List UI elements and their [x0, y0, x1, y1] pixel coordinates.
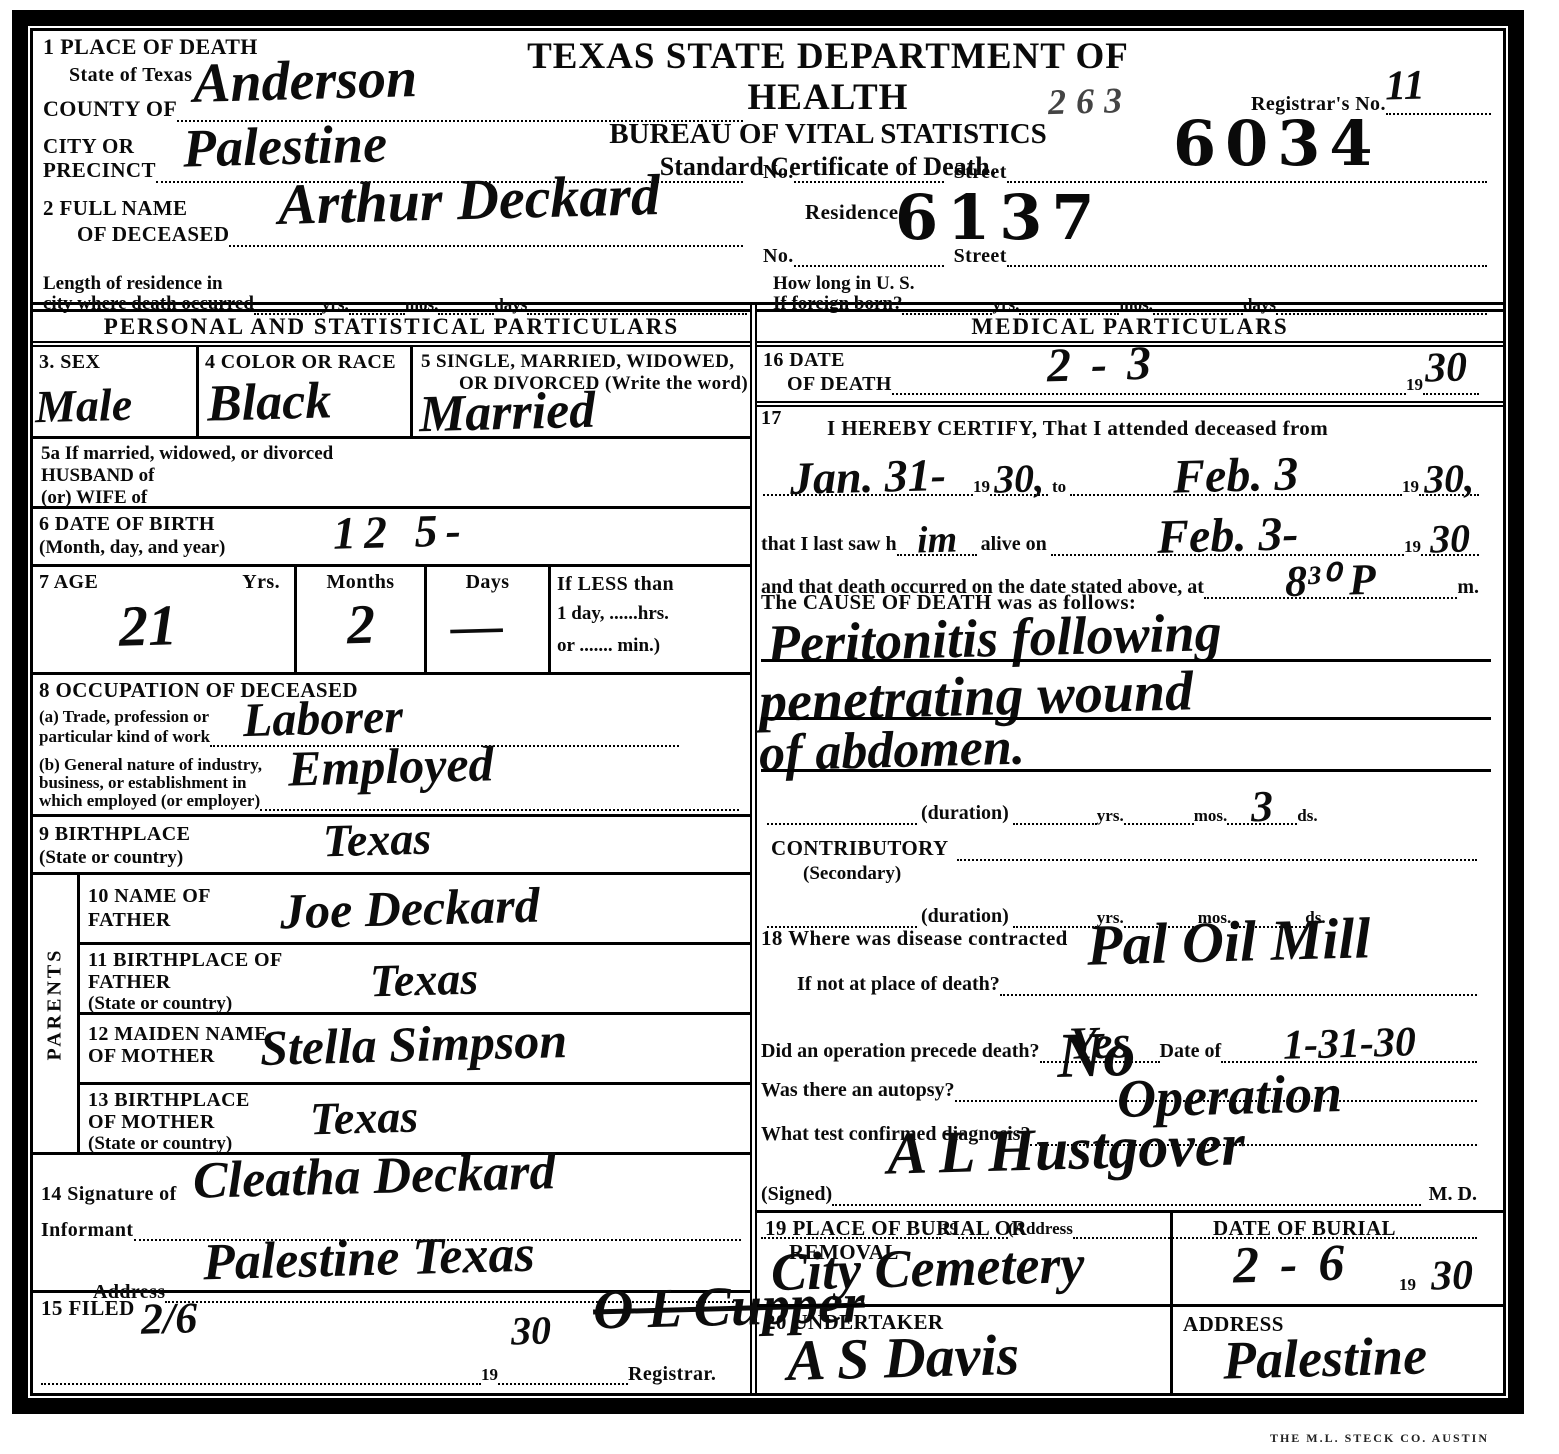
length-residence-label-1: Length of residence in [43, 273, 223, 295]
father-bp-label-1: 11 BIRTHPLACE OF [88, 949, 283, 971]
burial-place-cell: 19 PLACE OF BURIAL OR REMOVAL City Cemet… [757, 1213, 1173, 1304]
to-year-slot: 30, [1419, 463, 1479, 496]
occupation-a-label-1: (a) Trade, profession or [39, 707, 209, 727]
fullname-label-1: 2 FULL NAME [43, 197, 187, 221]
occurred-time-value: 8³⁰ P [1285, 562, 1377, 600]
last-saw-line: that I last saw h im alive on Feb. 3- 19… [761, 517, 1479, 556]
occurred-time-slot: 8³⁰ P [1204, 563, 1457, 599]
father-value: Joe Deckard [279, 880, 540, 937]
father-birthplace-row: 11 BIRTHPLACE OF FATHER (State or countr… [80, 945, 750, 1015]
days-label: Days [427, 571, 548, 593]
dod-year-value: 30 [1424, 346, 1467, 389]
to-year-prefix: 19 [1402, 477, 1419, 497]
fullname-label-2: OF DECEASED [77, 223, 229, 247]
attended-dates-line: Jan. 31- 19 30, to Feb. 3 19 [763, 457, 1479, 496]
mother-name-row: 12 MAIDEN NAME OF MOTHER Stella Simpson [80, 1015, 750, 1085]
informant-address-value: Palestine Texas [202, 1229, 535, 1290]
city-label-2: PRECINCT [43, 159, 156, 183]
sex-race-marital-row: 3. SEX Male 4 COLOR OR RACE Black 5 SING… [33, 347, 750, 439]
father-bp-value: Texas [369, 956, 478, 1005]
to-year-value: 30, [1424, 463, 1475, 496]
age-years-cell: 7 AGE Yrs. 21 [33, 567, 297, 672]
registrar-no-value: 11 [1384, 64, 1425, 107]
operation-date-value: 1-31-30 [1282, 1026, 1416, 1063]
dob-value: 12 5- [332, 507, 469, 557]
less-label-2: 1 day, ......hrs. [557, 603, 744, 625]
saw-year-slot: 30 [1421, 523, 1479, 556]
informant-label-1: 14 Signature of [41, 1183, 177, 1205]
filed-label: 15 FILED [41, 1297, 135, 1321]
occupation-a-label-2: particular kind of work [39, 727, 210, 747]
parents-rows: 10 NAME OF FATHER Joe Deckard 11 BIRTHPL… [77, 875, 750, 1152]
title-line-2: BUREAU OF VITAL STATISTICS [463, 118, 1193, 151]
age-days-value: — [450, 600, 503, 653]
from-year-value: 30, [994, 463, 1045, 496]
fullname-line [229, 241, 743, 247]
marital-value: Married [418, 385, 596, 442]
secondary-label: (Secondary) [803, 863, 901, 885]
age-yrs-label: Yrs. [242, 571, 280, 593]
contributory-line: CONTRIBUTORY [771, 837, 1477, 861]
occupation-row: 8 OCCUPATION OF DECEASED (a) Trade, prof… [33, 675, 750, 817]
where-contracted-label-2: If not at place of death? [797, 973, 1000, 996]
certification-block: 17 I HEREBY CERTIFY, That I attended dec… [757, 407, 1503, 1213]
county-label: COUNTY OF [43, 97, 177, 122]
filed-dots-1 [41, 1379, 481, 1385]
signed-line: (Signed) M. D. [761, 1183, 1477, 1206]
header-section: 1 PLACE OF DEATH State of Texas COUNTY O… [33, 31, 1503, 305]
age-less-cell: If LESS than 1 day, ......hrs. or ......… [551, 567, 750, 672]
state-label: State of Texas [69, 64, 192, 86]
parents-block: PARENTS 10 NAME OF FATHER Joe Deckard 11… [33, 875, 750, 1155]
informant-value: Cleatha Deckard [192, 1146, 556, 1207]
signed-label: (Signed) [761, 1183, 832, 1206]
father-label-1: 10 NAME OF [88, 885, 211, 907]
mother-birthplace-row: 13 BIRTHPLACE OF MOTHER (State or countr… [80, 1085, 750, 1152]
city-value: Palestine [182, 116, 387, 175]
cause-dur-yrs: yrs. [1097, 806, 1124, 826]
cause-duration-label: (duration) [921, 802, 1009, 825]
race-cell: 4 COLOR OR RACE Black [199, 347, 413, 436]
autopsy-label: Was there an autopsy? [761, 1079, 955, 1102]
race-value: Black [206, 375, 332, 430]
contributory-label: CONTRIBUTORY [771, 837, 949, 861]
dod-line [892, 389, 1406, 395]
sex-cell: 3. SEX Male [33, 347, 199, 436]
age-years-value: 21 [118, 596, 177, 655]
residence-number-stamp: 6137 [895, 187, 1104, 249]
where-contracted-line [1000, 990, 1477, 996]
filed-dots-2 [498, 1379, 628, 1385]
undertaker-value: A S Davis [786, 1326, 1020, 1390]
certificate-frame: 1 PLACE OF DEATH State of Texas COUNTY O… [12, 10, 1524, 1414]
dod-year-prefix: 19 [1406, 375, 1423, 395]
fullname-value: Arthur Deckard [277, 166, 660, 234]
age-row: 7 AGE Yrs. 21 Months 2 Days — If LESS th… [33, 567, 750, 675]
father-name-row: 10 NAME OF FATHER Joe Deckard [80, 875, 750, 945]
less-label-1: If LESS than [557, 573, 744, 595]
father-bp-label-2: FATHER [88, 971, 171, 993]
no-label-1: No. [763, 161, 794, 183]
personal-column: PERSONAL AND STATISTICAL PARTICULARS 3. … [33, 305, 757, 1393]
certify-text: I HEREBY CERTIFY, That I attended deceas… [827, 417, 1328, 441]
mother-bp-value: Texas [309, 1094, 418, 1143]
howlong-label-1: How long in U. S. [773, 273, 914, 295]
race-label: 4 COLOR OR RACE [205, 351, 396, 373]
mother-label-2: OF MOTHER [88, 1045, 215, 1067]
parents-label: PARENTS [44, 961, 67, 1061]
death-certificate-scan: 1 PLACE OF DEATH State of Texas COUNTY O… [0, 0, 1559, 1454]
undertaker-address-value: Palestine [1222, 1328, 1427, 1387]
cause-duration-line: (duration) yrs. mos. 3 ds. [767, 789, 1477, 825]
filed-registrar-label: Registrar. [628, 1363, 716, 1385]
age-days-cell: Days — [427, 567, 551, 672]
from-year-prefix: 19 [973, 477, 990, 497]
parents-strip: PARENTS [33, 875, 77, 1152]
age-label: 7 AGE [39, 571, 98, 593]
burial-date-cell: DATE OF BURIAL 2 - 6 19 30 [1173, 1213, 1503, 1304]
occupation-a-value: Laborer [242, 693, 403, 745]
dod-label-2: OF DEATH [787, 373, 892, 395]
informant-row: 14 Signature of Informant Cleatha Deckar… [33, 1155, 750, 1293]
age-months-cell: Months 2 [297, 567, 427, 672]
certificate-number-stamp: 6034 [1173, 113, 1382, 175]
filed-year-prefix: 19 [481, 1365, 498, 1385]
stray-scribble: 263 [1048, 82, 1133, 120]
where-contracted-label: 18 Where was disease contracted [761, 927, 1068, 951]
filed-year-value: 30 [510, 1310, 551, 1351]
personal-section-title: PERSONAL AND STATISTICAL PARTICULARS [33, 309, 750, 347]
spouse-label-1: 5a If married, widowed, or divorced [41, 443, 742, 465]
operation-date-slot: 1-31-30 [1221, 1028, 1477, 1063]
spouse-label-2: HUSBAND of [41, 465, 742, 487]
last-saw-date-slot: Feb. 3- [1051, 517, 1404, 556]
less-label-3: or ....... min.) [557, 635, 744, 657]
months-label: Months [297, 571, 424, 593]
birthplace-row: 9 BIRTHPLACE (State or country) Texas [33, 817, 750, 875]
birthplace-label-1: 9 BIRTHPLACE [39, 823, 190, 845]
alive-on-label: alive on [981, 533, 1047, 556]
no-label-2: No. [763, 245, 794, 267]
residence-label: Residence [805, 201, 898, 225]
certificate-content: 1 PLACE OF DEATH State of Texas COUNTY O… [30, 28, 1506, 1396]
city-label-1: CITY OR [43, 135, 134, 159]
sex-label: 3. SEX [39, 351, 100, 373]
mother-bp-label-2: OF MOTHER [88, 1111, 215, 1133]
filed-value: 2/6 [140, 1296, 197, 1341]
undertaker-address-cell: ADDRESS Palestine [1173, 1307, 1503, 1393]
medical-column: MEDICAL PARTICULARS 16 DATE OF DEATH 19 … [757, 305, 1503, 1393]
attended-from-slot: Jan. 31- [763, 459, 973, 497]
cause-dur-value-slot: 3 [1227, 789, 1297, 825]
cause-dur-mos-line [1124, 819, 1194, 825]
sex-value: Male [34, 382, 132, 431]
father-bp-label-3: (State or country) [88, 993, 232, 1015]
dod-label-1: 16 DATE [763, 349, 845, 371]
father-label-2: FATHER [88, 909, 171, 931]
cause-rule-2 [761, 717, 1491, 720]
occupation-b-label-3: which employed (or employer) [39, 791, 260, 811]
cause-duration-value: 3 [1251, 789, 1274, 825]
attended-from-value: Jan. 31- [790, 457, 947, 498]
where-contracted-field: If not at place of death? [797, 973, 1477, 996]
saw-year-value: 30 [1430, 523, 1471, 556]
mother-bp-label-1: 13 BIRTHPLACE [88, 1089, 250, 1111]
dob-label-2: (Month, day, and year) [39, 537, 225, 559]
attended-to-value: Feb. 3 [1173, 455, 1299, 497]
informant-label-2: Informant [41, 1219, 134, 1241]
occupation-b-label-1: (b) General nature of industry, [39, 755, 262, 775]
date-of-death-row: 16 DATE OF DEATH 19 2 - 3 30 [757, 347, 1503, 407]
physician-signature: A L Hustgover [886, 1114, 1245, 1183]
cause-duration-dots [767, 819, 917, 825]
dod-value: 2 - 3 [1046, 340, 1155, 391]
burial-year-prefix: 19 [1399, 1275, 1416, 1295]
burial-row: 19 PLACE OF BURIAL OR REMOVAL City Cemet… [757, 1213, 1503, 1307]
street-dots-2 [1007, 261, 1487, 267]
filed-row: 15 FILED 2/6 19 Registrar. 30 O L Cupper [33, 1293, 750, 1393]
cause-dur-yrs-line [1013, 819, 1097, 825]
last-saw-pre: that I last saw h [761, 533, 897, 556]
contributory-dots [957, 855, 1477, 861]
where-contracted-value: Pal Oil Mill [1086, 909, 1371, 974]
marital-cell: 5 SINGLE, MARRIED, WIDOWED, OR DIVORCED … [413, 347, 750, 436]
registrar-no-line [1386, 109, 1491, 115]
operation-label: Did an operation precede death? [761, 1040, 1040, 1063]
marital-label-1: 5 SINGLE, MARRIED, WIDOWED, [421, 351, 734, 372]
saw-year-prefix: 19 [1404, 537, 1421, 557]
last-saw-date: Feb. 3- [1156, 515, 1298, 557]
columns: PERSONAL AND STATISTICAL PARTICULARS 3. … [33, 305, 1503, 1393]
m-label: m. [1457, 576, 1479, 599]
occupation-b-label-2: business, or establishment in [39, 773, 247, 793]
date-of-label: Date of [1160, 1040, 1222, 1063]
birthplace-value: Texas [322, 816, 431, 865]
filed-line: 19 Registrar. [41, 1363, 741, 1385]
signed-dots [832, 1200, 1421, 1206]
cause-dur-mos: mos. [1194, 806, 1228, 826]
to-label: to [1052, 477, 1066, 497]
no-line-2 [794, 261, 944, 267]
c2-duration-label: (duration) [921, 905, 1009, 928]
from-year-slot: 30, [990, 463, 1048, 496]
last-saw-him-slot: im [897, 525, 977, 556]
occupation-b-line [260, 805, 739, 811]
item-17-label: 17 [761, 407, 782, 429]
street-line-2: No. Street [763, 245, 1487, 267]
birthplace-label-2: (State or country) [39, 847, 183, 869]
date-of-birth-row: 6 DATE OF BIRTH (Month, day, and year) 1… [33, 509, 750, 567]
mother-label-1: 12 MAIDEN NAME [88, 1023, 268, 1045]
printer-mark: THE M.L. STECK CO. AUSTIN [1270, 1431, 1489, 1446]
cause-dur-ds: ds. [1297, 806, 1317, 826]
street-label-2: Street [954, 245, 1007, 267]
county-value: Anderson [192, 50, 417, 112]
dob-label-1: 6 DATE OF BIRTH [39, 513, 215, 535]
occupation-b-value: Employed [287, 738, 494, 793]
burial-date-value: 2 - 6 [1232, 1237, 1349, 1292]
undertaker-row: 20 UNDERTAKER A S Davis ADDRESS Palestin… [757, 1307, 1503, 1393]
undertaker-cell: 20 UNDERTAKER A S Davis [757, 1307, 1173, 1393]
spouse-row: 5a If married, widowed, or divorced HUSB… [33, 439, 750, 509]
mother-value: Stella Simpson [259, 1015, 567, 1073]
md-label: M. D. [1429, 1183, 1477, 1206]
cause-rule-3 [761, 769, 1491, 772]
attended-to-slot: Feb. 3 [1070, 457, 1402, 496]
last-saw-him: im [916, 524, 957, 555]
burial-year-value: 30 [1430, 1254, 1473, 1297]
burial-place-value: City Cemetery [770, 1237, 1085, 1299]
age-months-value: 2 [346, 597, 375, 654]
